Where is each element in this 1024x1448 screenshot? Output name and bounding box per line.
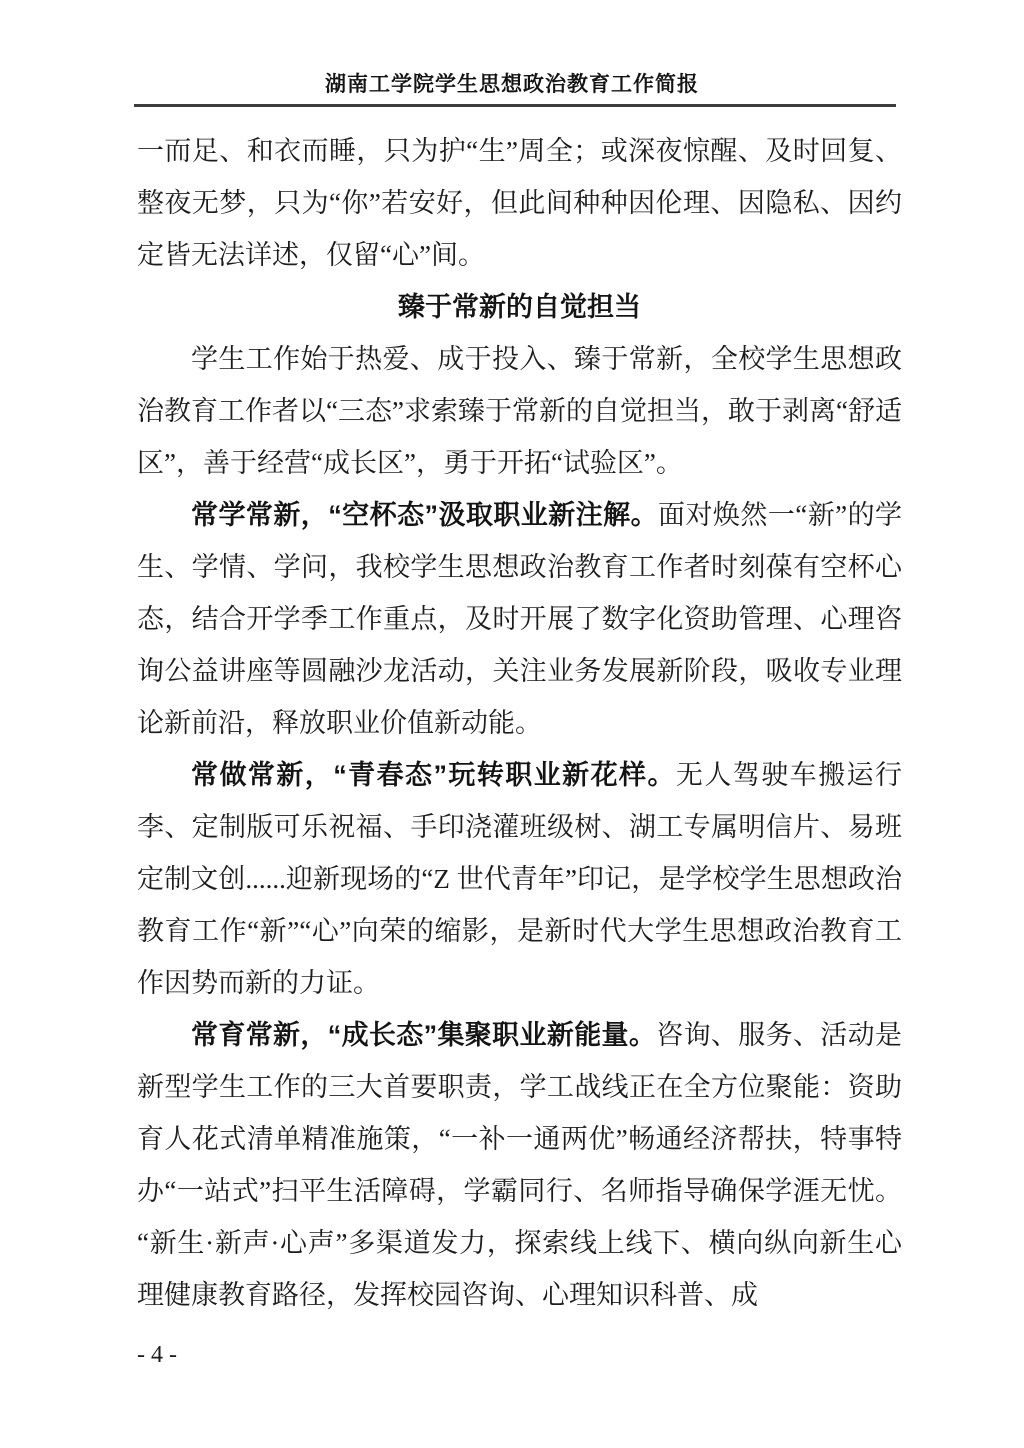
paragraph-3-lead: 常做常新，“青春态”玩转职业新花样。 <box>191 760 676 790</box>
page-footer: - 4 - <box>137 1340 177 1370</box>
paragraph-4: 常育常新，“成长态”集聚职业新能量。咨询、服务、活动是新型学生工作的三大首要职责… <box>137 1009 902 1321</box>
paragraph-1-text: 学生工作始于热爱、成于投入、臻于常新，全校学生思想政治教育工作者以“三态”求索臻… <box>137 344 902 478</box>
header-rule <box>134 104 896 107</box>
document-body: 一而足、和衣而睡，只为护“生”周全；或深夜惊醒、及时回复、整夜无梦，只为“你”若… <box>137 125 902 1321</box>
document-page: 湖南工学院学生思想政治教育工作简报 一而足、和衣而睡，只为护“生”周全；或深夜惊… <box>0 0 1024 1448</box>
page-number: - 4 - <box>137 1340 177 1370</box>
page-header: 湖南工学院学生思想政治教育工作简报 <box>0 0 1024 107</box>
opening-paragraph: 一而足、和衣而睡，只为护“生”周全；或深夜惊醒、及时回复、整夜无梦，只为“你”若… <box>137 125 902 281</box>
header-title: 湖南工学院学生思想政治教育工作简报 <box>0 72 1024 98</box>
paragraph-2-lead: 常学常新，“空杯态”汲取职业新注解。 <box>191 500 658 530</box>
paragraph-3-text: 无人驾驶车搬运行李、定制版可乐祝福、手印浇灌班级树、湖工专属明信片、易班定制文创… <box>137 760 902 998</box>
paragraph-4-text: 咨询、服务、活动是新型学生工作的三大首要职责，学工战线正在全方位聚能：资助育人花… <box>137 1020 902 1310</box>
paragraph-1: 学生工作始于热爱、成于投入、臻于常新，全校学生思想政治教育工作者以“三态”求索臻… <box>137 333 902 489</box>
paragraph-2-text: 面对焕然一“新”的学生、学情、学问，我校学生思想政治教育工作者时刻葆有空杯心态，… <box>137 500 902 738</box>
paragraph-2: 常学常新，“空杯态”汲取职业新注解。面对焕然一“新”的学生、学情、学问，我校学生… <box>137 489 902 749</box>
paragraph-4-lead: 常育常新，“成长态”集聚职业新能量。 <box>191 1020 656 1050</box>
section-heading: 臻于常新的自觉担当 <box>137 281 902 333</box>
paragraph-3: 常做常新，“青春态”玩转职业新花样。无人驾驶车搬运行李、定制版可乐祝福、手印浇灌… <box>137 749 902 1009</box>
